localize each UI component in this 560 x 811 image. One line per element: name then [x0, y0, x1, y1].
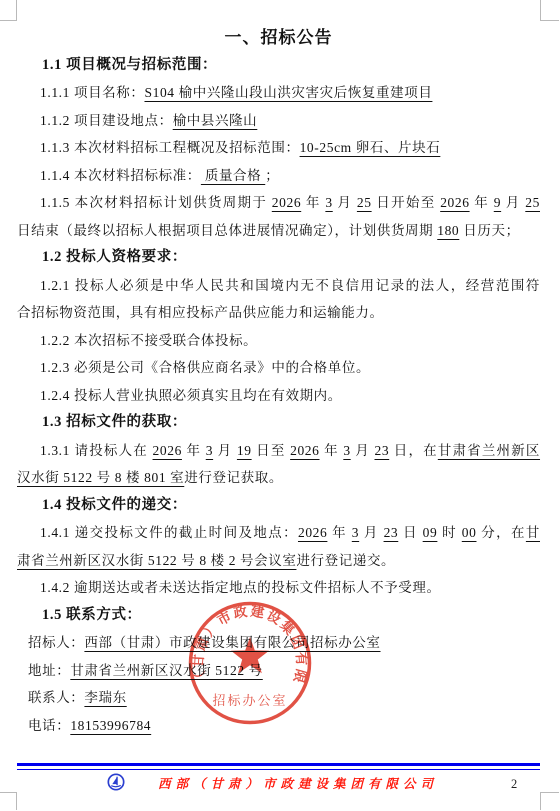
static-text: 日至: [252, 443, 290, 458]
underlined-value: 甘: [526, 525, 540, 540]
static-text: 1.4.1 递交投标文件的截止时间及地点：: [40, 525, 298, 540]
static-text: 月: [351, 443, 375, 458]
static-text: 日: [398, 525, 422, 540]
static-text: 1.2.2 本次招标不接受联合体投标。: [40, 333, 257, 348]
static-text: 1.1.5 本次材料招标计划供货周期于: [40, 195, 272, 210]
static-text: 时: [437, 525, 461, 540]
static-text: 1.1.3 本次材料招标工程概况及招标范围：: [40, 140, 300, 155]
static-text: 日，在: [389, 443, 438, 458]
underlined-value: 2026: [290, 443, 319, 458]
underlined-value: 李瑞东: [84, 690, 126, 705]
clause-1-2-1-line2: 合招标物资范围，具有相应投标产品供应能力和运输能力。: [17, 299, 540, 327]
static-text: 1.1.4 本次材料招标标准：: [40, 168, 201, 183]
underlined-value: 汉水街 5122 号 8 楼 801 室: [17, 470, 184, 485]
underlined-value: 00: [462, 525, 477, 540]
underlined-value: 25: [357, 195, 372, 210]
crop-mark-top-left: [0, 0, 17, 21]
heading-1-4: 1.4 投标文件的递交：: [17, 492, 540, 520]
underlined-value: 10-25cm 卵石、片块石: [300, 140, 441, 155]
static-text: 月: [333, 195, 357, 210]
crop-mark-top-right: [540, 0, 559, 21]
static-text: 月: [213, 443, 237, 458]
crop-mark-bottom-left: [0, 792, 17, 810]
clause-1-3-1-line2: 汉水街 5122 号 8 楼 801 室进行登记获取。: [17, 464, 540, 492]
underlined-value: 180: [437, 223, 459, 238]
underlined-value: 3: [343, 443, 350, 458]
static-text: 1.2.4 投标人营业执照必须真实且均在有效期内。: [40, 388, 342, 403]
underlined-value: 18153996784: [70, 718, 151, 733]
clause-1-2-3: 1.2.3 必须是公司《合格供应商名录》中的合格单位。: [17, 354, 540, 382]
static-text: 1.1.1 项目名称：: [40, 85, 144, 100]
static-text: 1.2.3 必须是公司《合格供应商名录》中的合格单位。: [40, 360, 370, 375]
static-text: 日历天；: [459, 223, 519, 238]
static-text: 1.4 投标文件的递交：: [42, 497, 187, 513]
static-text: 年: [327, 525, 351, 540]
company-logo-icon: [107, 773, 125, 791]
static-text: 1.1 项目概况与招标范围：: [42, 57, 217, 73]
underlined-value: 甘肃省兰州新区汉水街 5122 号: [70, 663, 262, 678]
underlined-value: 质量合格: [201, 168, 265, 183]
static-text: 年: [301, 195, 325, 210]
clause-1-4-2: 1.4.2 逾期送达或者未送达指定地点的投标文件招标人不予受理。: [17, 574, 540, 602]
heading-1-2: 1.2 投标人资格要求：: [17, 244, 540, 272]
contact-address: 地址：甘肃省兰州新区汉水街 5122 号: [17, 657, 540, 685]
static-text: 地址：: [28, 663, 70, 678]
heading-1-1: 1.1 项目概况与招标范围：: [17, 52, 540, 80]
clause-1-1-2: 1.1.2 项目建设地点：榆中县兴隆山: [17, 107, 540, 135]
static-text: 联系人：: [28, 690, 84, 705]
underlined-value: 3: [325, 195, 332, 210]
underlined-value: 2026: [272, 195, 301, 210]
contact-tenderer: 招标人：西部（甘肃）市政建设集团有限公司招标办公室: [17, 629, 540, 657]
static-text: 1.3 招标文件的获取：: [42, 414, 187, 430]
crop-mark-bottom-right: [540, 792, 559, 810]
heading-1-3: 1.3 招标文件的获取：: [17, 409, 540, 437]
underlined-value: 肃省兰州新区汉水街 5122 号 8 楼 2 号会议室: [17, 553, 296, 568]
static-text: 日结束（最终以招标人根据项目总体进展情况确定），计划供货周期: [17, 223, 437, 238]
static-text: 月: [501, 195, 525, 210]
heading-1-5: 1.5 联系方式：: [17, 602, 540, 630]
underlined-value: 23: [384, 525, 399, 540]
clause-1-1-4: 1.1.4 本次材料招标标准： 质量合格 ；: [17, 162, 540, 190]
static-text: 年: [320, 443, 344, 458]
underlined-value: 19: [237, 443, 252, 458]
static-text: 1.1.2 项目建设地点：: [40, 113, 173, 128]
clause-1-4-1-line2: 肃省兰州新区汉水街 5122 号 8 楼 2 号会议室进行登记递交。: [17, 547, 540, 575]
static-text: 进行登记获取。: [184, 470, 283, 485]
static-text: ；: [265, 168, 279, 183]
clause-1-1-3: 1.1.3 本次材料招标工程概况及招标范围：10-25cm 卵石、片块石: [17, 134, 540, 162]
page-number: 2: [511, 777, 517, 792]
underlined-value: 3: [206, 443, 213, 458]
static-text: 年: [182, 443, 206, 458]
page-title: 一、招标公告: [17, 24, 540, 52]
static-text: 电话：: [28, 718, 70, 733]
announcement-body: 一、招标公告1.1 项目概况与招标范围：1.1.1 项目名称：S104 榆中兴隆…: [17, 24, 540, 739]
clause-1-1-5-line2: 日结束（最终以招标人根据项目总体进展情况确定），计划供货周期 180 日历天；: [17, 217, 540, 245]
clause-1-2-2: 1.2.2 本次招标不接受联合体投标。: [17, 327, 540, 355]
clause-1-2-4: 1.2.4 投标人营业执照必须真实且均在有效期内。: [17, 382, 540, 410]
static-text: 分，在: [476, 525, 525, 540]
clause-1-1-5-line1: 1.1.5 本次材料招标计划供货周期于 2026 年 3 月 25 日开始至 2…: [17, 189, 540, 217]
underlined-value: 榆中县兴隆山: [173, 113, 258, 128]
document-page: 一、招标公告1.1 项目概况与招标范围：1.1.1 项目名称：S104 榆中兴隆…: [0, 0, 560, 811]
static-text: 1.4.2 逾期送达或者未送达指定地点的投标文件招标人不予受理。: [40, 580, 441, 595]
underlined-value: 09: [423, 525, 438, 540]
static-text: 1.2 投标人资格要求：: [42, 249, 187, 265]
static-text: 进行登记递交。: [296, 553, 395, 568]
static-text: 月: [359, 525, 383, 540]
static-text: 1.5 联系方式：: [42, 607, 142, 623]
underlined-value: 甘肃省兰州新区: [438, 443, 540, 458]
clause-1-3-1-line1: 1.3.1 请投标人在 2026 年 3 月 19 日至 2026 年 3 月 …: [17, 437, 540, 465]
static-text: 年: [470, 195, 494, 210]
underlined-value: 2026: [298, 525, 327, 540]
static-text: 招标人：: [28, 635, 84, 650]
clause-1-4-1-line1: 1.4.1 递交投标文件的截止时间及地点：2026 年 3 月 23 日 09 …: [17, 519, 540, 547]
underlined-value: 25: [525, 195, 540, 210]
underlined-value: 西部（甘肃）市政建设集团有限公司招标办公室: [84, 635, 380, 650]
footer-company-name: 西部（甘肃）市政建设集团有限公司: [158, 774, 438, 792]
clause-1-1-1: 1.1.1 项目名称：S104 榆中兴隆山段山洪灾害灾后恢复重建项目: [17, 79, 540, 107]
static-text: 1.2.1 投标人必须是中华人民共和国境内无不良信用记录的法人，经营范围符: [40, 278, 540, 293]
underlined-value: S104 榆中兴隆山段山洪灾害灾后恢复重建项目: [144, 85, 432, 100]
underlined-value: 23: [375, 443, 390, 458]
static-text: 一、招标公告: [225, 28, 333, 47]
contact-person: 联系人：李瑞东: [17, 684, 540, 712]
static-text: 日开始至: [372, 195, 441, 210]
static-text: 合招标物资范围，具有相应投标产品供应能力和运输能力。: [17, 305, 384, 320]
underlined-value: 2026: [153, 443, 182, 458]
contact-phone: 电话：18153996784: [17, 712, 540, 740]
static-text: 1.3.1 请投标人在: [40, 443, 153, 458]
underlined-value: 2026: [440, 195, 469, 210]
footer-divider: [17, 763, 540, 770]
clause-1-2-1-line1: 1.2.1 投标人必须是中华人民共和国境内无不良信用记录的法人，经营范围符: [17, 272, 540, 300]
